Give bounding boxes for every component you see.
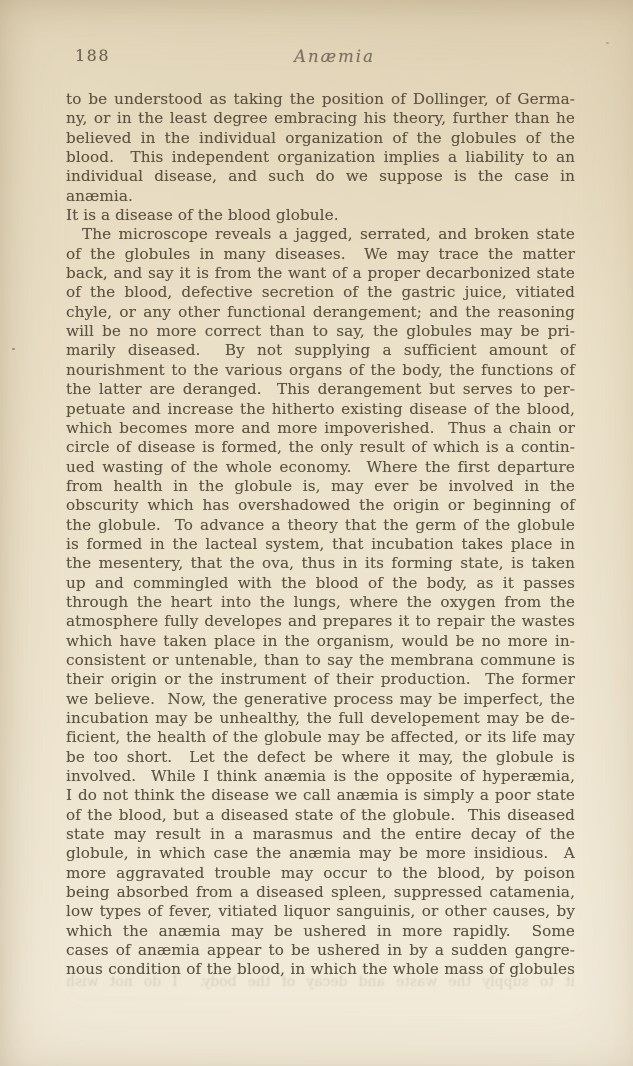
paragraph: to be understood as taking the position … <box>66 90 575 225</box>
text-line: state may result in a marasmus and the e… <box>66 825 575 844</box>
text-line: which have taken place in the organism, … <box>66 632 575 651</box>
text-line: chyle, or any other functional derangeme… <box>66 303 575 322</box>
text-line: ficient, the health of the globule may b… <box>66 728 575 747</box>
body-text: to be understood as taking the position … <box>66 90 575 980</box>
paper-speck <box>104 422 108 426</box>
text-line: is formed in the lacteal system, that in… <box>66 535 575 554</box>
text-line: the globule. To advance a theory that th… <box>66 516 575 535</box>
text-line: cases of anæmia appear to be ushered in … <box>66 941 575 960</box>
text-line: ued wasting of the whole economy. Where … <box>66 458 575 477</box>
text-line: we believe. Now, the generative process … <box>66 690 575 709</box>
text-line: more aggravated trouble may occur to the… <box>66 864 575 883</box>
text-line: the latter are deranged. This derangemen… <box>66 380 575 399</box>
bleedthrough-text: it to supply the waste and decay of the … <box>66 974 575 990</box>
text-line: up and commingled with the blood of the … <box>66 574 575 593</box>
text-line: of the blood, but a diseased state of th… <box>66 806 575 825</box>
paragraph: The microscope reveals a jagged, serrate… <box>66 225 575 979</box>
text-line: involved. While I think anæmia is the op… <box>66 767 575 786</box>
text-line: petuate and increase the hitherto existi… <box>66 400 575 419</box>
text-line: being absorbed from a diseased spleen, s… <box>66 883 575 902</box>
text-line: incubation may be unhealthy, the full de… <box>66 709 575 728</box>
text-line: which the anæmia may be ushered in more … <box>66 922 575 941</box>
text-line: marily diseased. By not supplying a suff… <box>66 341 575 360</box>
text-line: It is a disease of the blood globule. <box>66 206 575 225</box>
text-line: globule, in which case the anæmia may be… <box>66 844 575 863</box>
text-line: blood. This independent organization imp… <box>66 148 575 167</box>
text-line: circle of disease is formed, the only re… <box>66 438 575 457</box>
text-line: atmosphere fully developes and prepares … <box>66 612 575 631</box>
text-line: of the globules in many diseases. We may… <box>66 245 575 264</box>
text-line: consistent or untenable, than to say the… <box>66 651 575 670</box>
book-page: 188 Anæmia to be understood as taking th… <box>0 0 633 1066</box>
page-header: 188 Anæmia <box>66 46 575 70</box>
text-line: believed in the individual organization … <box>66 129 575 148</box>
text-line: to be understood as taking the position … <box>66 90 575 109</box>
text-line: from health in the globule is, may ever … <box>66 477 575 496</box>
running-head: Anæmia <box>80 47 589 66</box>
text-line: of the blood, defective secretion of the… <box>66 283 575 302</box>
text-line: I do not think the disease we call anæmi… <box>66 786 575 805</box>
text-line: ny, or in the least degree embracing his… <box>66 109 575 128</box>
text-line: nourishment to the various organs of the… <box>66 361 575 380</box>
text-line: will be no more correct than to say, the… <box>66 322 575 341</box>
text-line: the mesentery, that the ova, thus in its… <box>66 554 575 573</box>
text-line: which becomes more and more impoverished… <box>66 419 575 438</box>
text-line: low types of fever, vitiated liquor sang… <box>66 902 575 921</box>
text-line: back, and say it is from the want of a p… <box>66 264 575 283</box>
text-line: be too short. Let the defect be where it… <box>66 748 575 767</box>
text-line: The microscope reveals a jagged, serrate… <box>66 225 575 244</box>
text-line: their origin or the instrument of their … <box>66 670 575 689</box>
text-line: individual disease, and such do we suppo… <box>66 167 575 206</box>
paper-speck <box>606 42 609 44</box>
text-line: obscurity which has overshadowed the ori… <box>66 496 575 515</box>
text-line: through the heart into the lungs, where … <box>66 593 575 612</box>
paper-speck <box>12 348 15 350</box>
